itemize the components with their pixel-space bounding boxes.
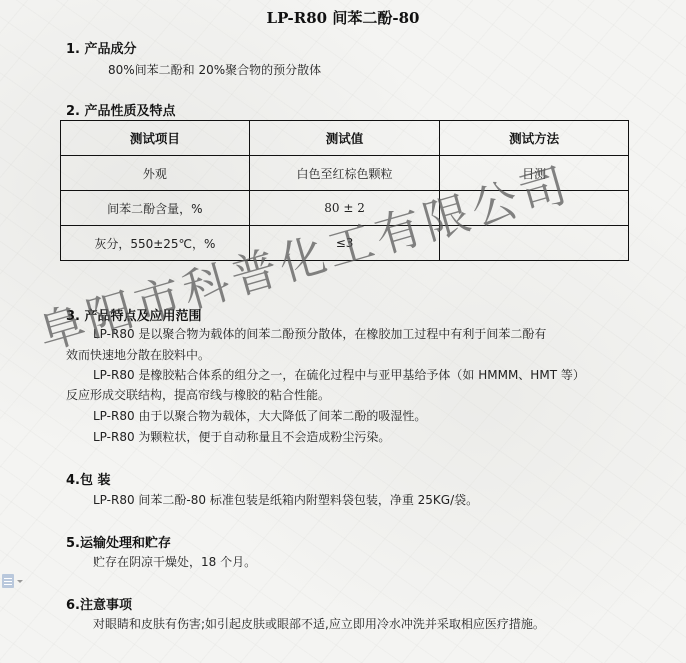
table-cell (440, 191, 629, 226)
table-cell: ≤3 (249, 226, 440, 261)
properties-table: 测试项目 测试值 测试方法 外观 白色至红棕色颗粒 目测 间苯二酚含量，% 80… (60, 120, 629, 261)
table-cell: 白色至红棕色颗粒 (249, 156, 440, 191)
section-1-heading: 1. 产品成分 (66, 38, 137, 57)
table-header-cell: 测试项目 (61, 121, 250, 156)
table-row: 间苯二酚含量，% 80 ± 2 (61, 191, 629, 226)
document-title: LP-R80 间苯二酚-80 (0, 7, 686, 28)
table-header-row: 测试项目 测试值 测试方法 (61, 121, 629, 156)
section-4-heading: 4.包 装 (66, 469, 111, 488)
table-header-cell: 测试值 (249, 121, 440, 156)
table-cell (440, 226, 629, 261)
table-cell: 外观 (61, 156, 250, 191)
table-cell: 灰分，550±25℃，% (61, 226, 250, 261)
table-cell: 间苯二酚含量，% (61, 191, 250, 226)
section-3-line: LP-R80 是以聚合物为载体的间苯二酚预分散体，在橡胶加工过程中有利于间苯二酚… (93, 325, 546, 342)
section-1-body: 80%间苯二酚和 20%聚合物的预分散体 (108, 61, 321, 78)
section-6-body: 对眼睛和皮肤有伤害;如引起皮肤或眼部不适,应立即用冷水冲洗并采取相应医疗措施。 (93, 615, 545, 632)
table-header-cell: 测试方法 (440, 121, 629, 156)
section-2-heading: 2. 产品性质及特点 (66, 100, 176, 119)
dropdown-caret-icon[interactable] (17, 580, 23, 583)
section-3-line: 效而快速地分散在胶料中。 (66, 346, 210, 363)
document-icon[interactable] (2, 574, 14, 588)
table-row: 外观 白色至红棕色颗粒 目测 (61, 156, 629, 191)
document-page: LP-R80 间苯二酚-80 1. 产品成分 80%间苯二酚和 20%聚合物的预… (0, 0, 686, 663)
section-4-body: LP-R80 间苯二酚-80 标准包装是纸箱内附塑料袋包装，净重 25KG/袋。 (93, 491, 478, 508)
section-3-line: LP-R80 是橡胶粘合体系的组分之一，在硫化过程中与亚甲基给予体（如 HMMM… (93, 366, 585, 383)
section-3-line: LP-R80 由于以聚合物为载体，大大降低了间苯二酚的吸湿性。 (93, 407, 426, 424)
table-row: 灰分，550±25℃，% ≤3 (61, 226, 629, 261)
section-5-body: 贮存在阴凉干燥处，18 个月。 (93, 553, 256, 570)
section-5-heading: 5.运输处理和贮存 (66, 532, 171, 551)
section-3-line: LP-R80 为颗粒状，便于自动称量且不会造成粉尘污染。 (93, 428, 390, 445)
table-cell: 目测 (440, 156, 629, 191)
table-cell: 80 ± 2 (249, 191, 440, 226)
section-3-heading: 3. 产品特点及应用范围 (66, 305, 202, 324)
section-3-line: 反应形成交联结构，提高帘线与橡胶的粘合性能。 (66, 386, 330, 403)
section-6-heading: 6.注意事项 (66, 594, 132, 613)
